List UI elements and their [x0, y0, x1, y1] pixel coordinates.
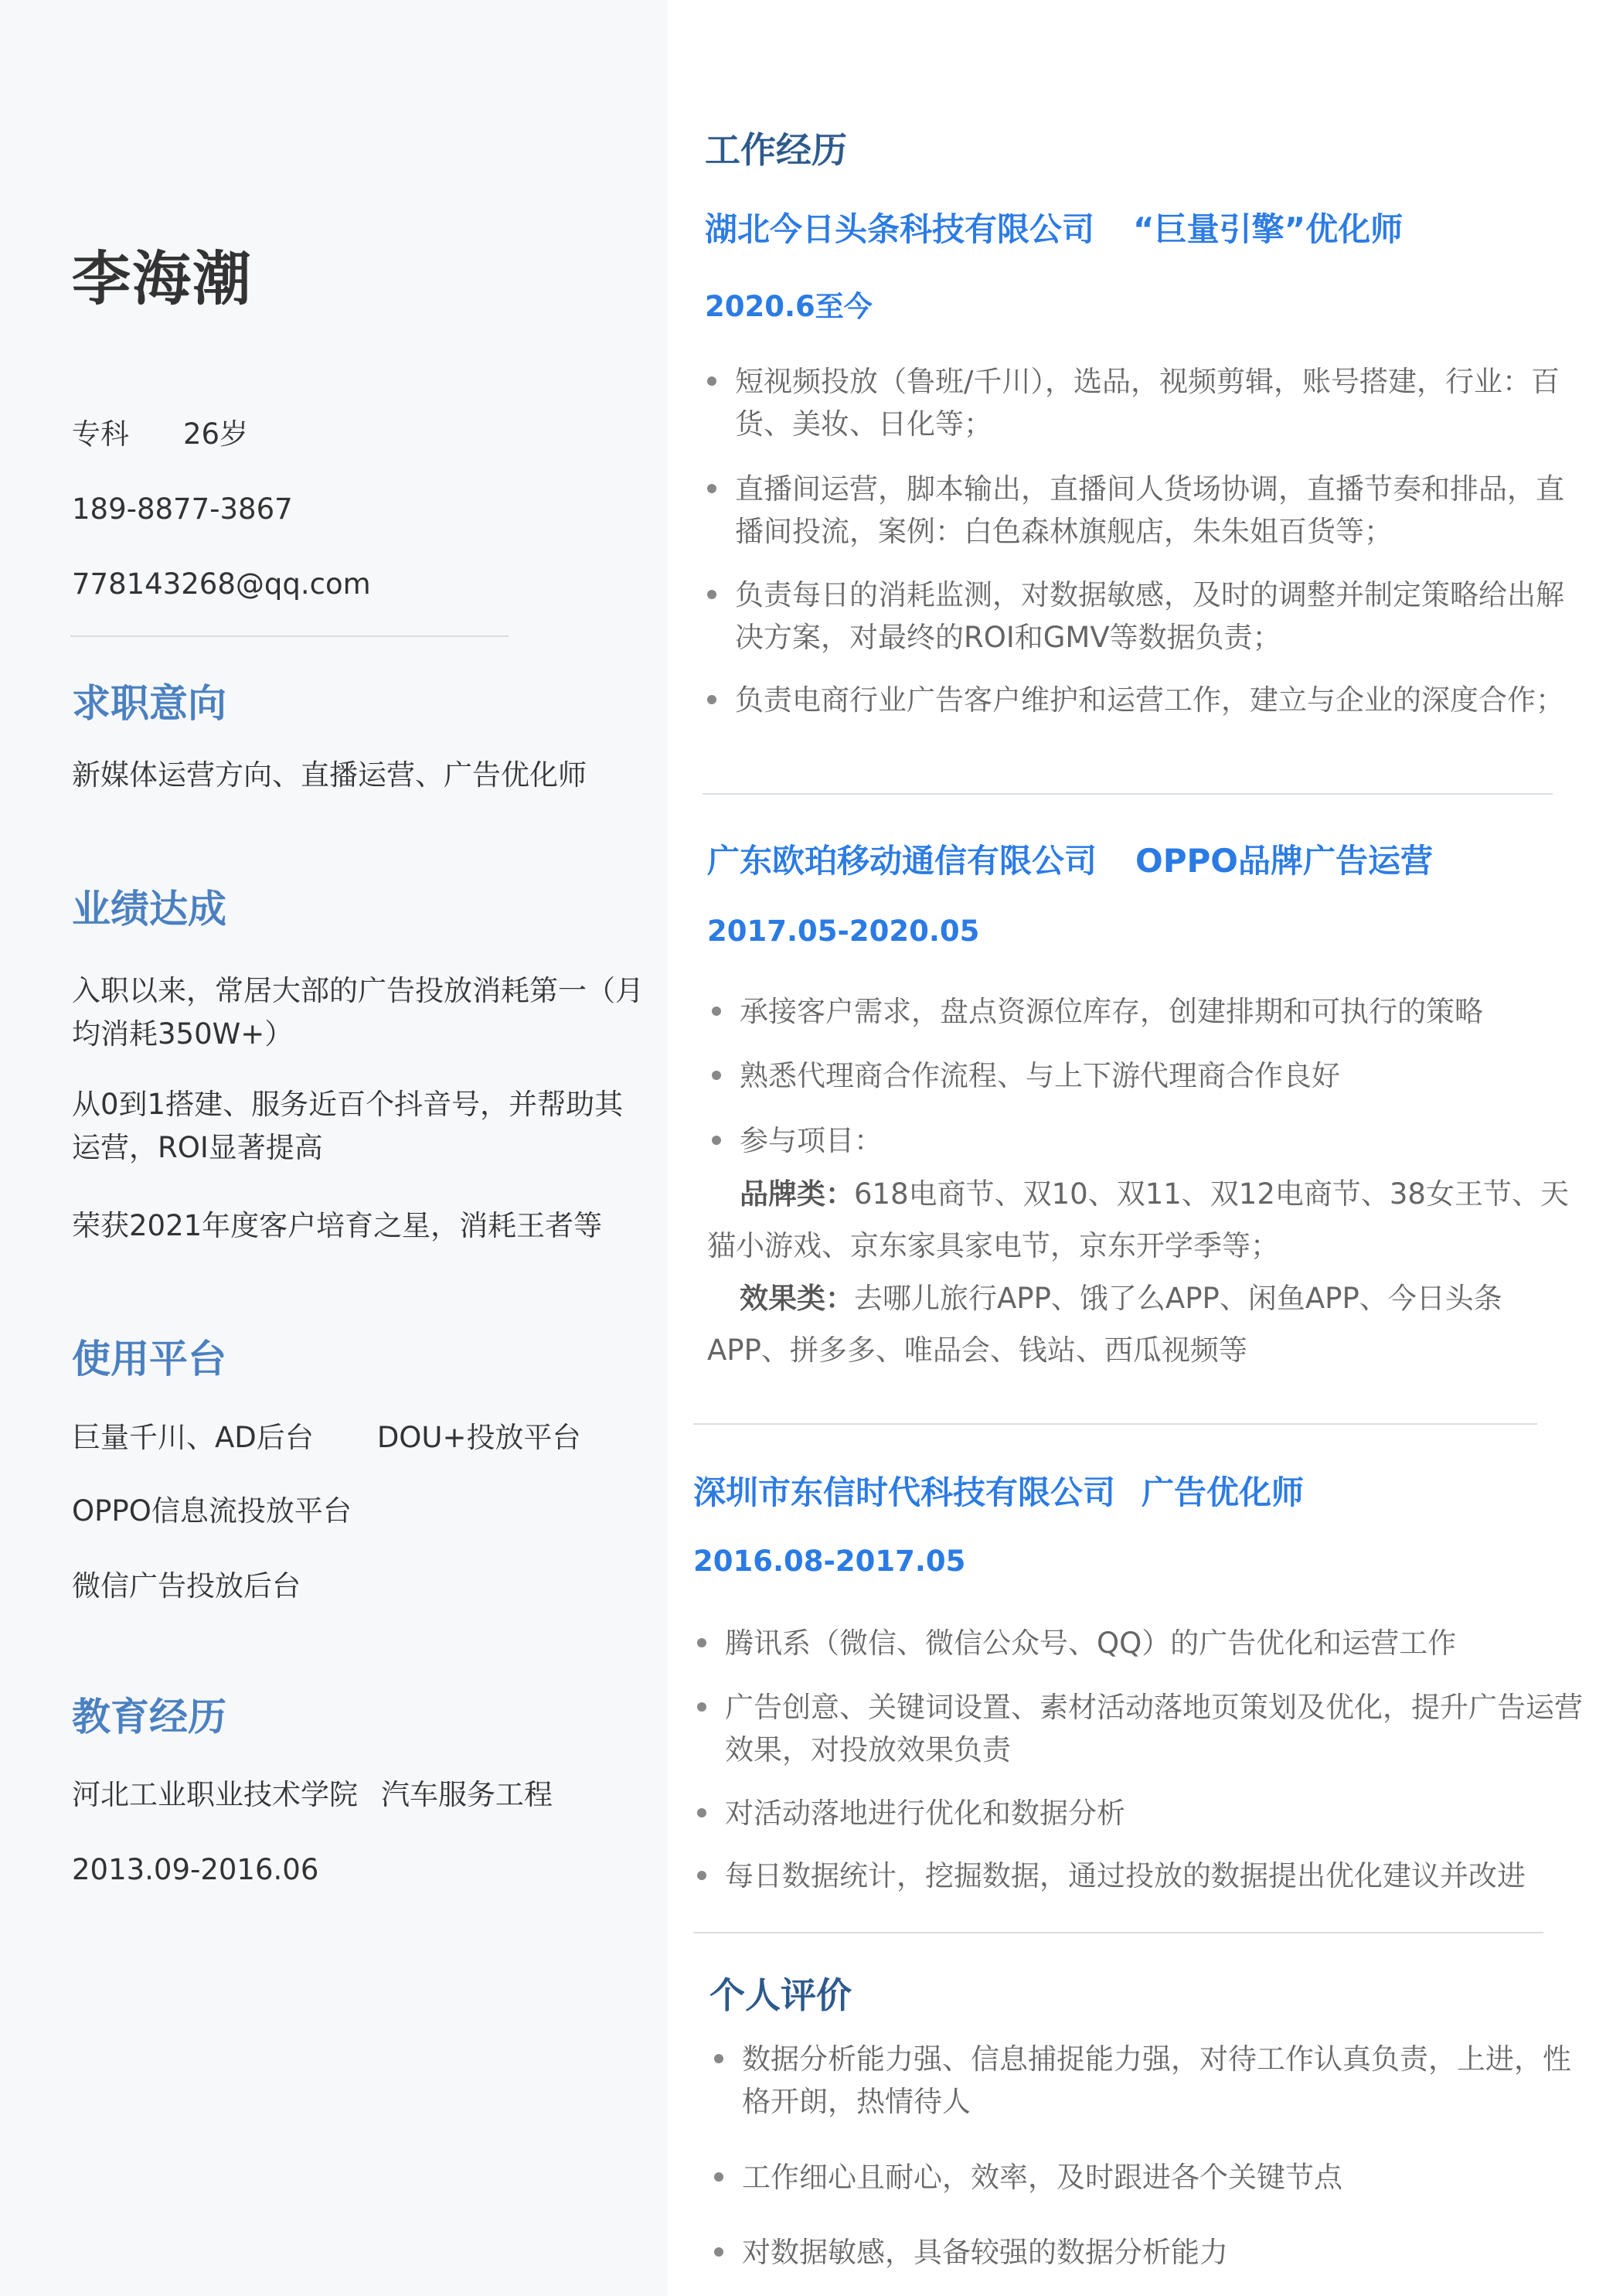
job-header: 湖北今日头条科技有限公司“巨量引擎”优化师 — [705, 204, 1403, 250]
section-title-job-intention: 求职意向 — [72, 673, 226, 728]
age: 26岁 — [183, 417, 248, 451]
section-divider — [693, 1932, 1543, 1933]
list-item: 对活动落地进行优化和数据分析 — [725, 1792, 1598, 1834]
list-item: 熟悉代理商合作流程、与上下游代理商合作良好 — [740, 1054, 1582, 1097]
project-brand-label: 品牌类： — [740, 1177, 854, 1211]
bullet-icon — [714, 2172, 723, 2182]
section-title-achievements: 业绩达成 — [72, 878, 226, 934]
job-role: 广告优化师 — [1142, 1473, 1304, 1511]
company-name: 湖北今日头条科技有限公司 — [705, 210, 1094, 248]
platform-item: OPPO信息流投放平台 — [72, 1490, 352, 1533]
section-title-self-evaluation: 个人评价 — [709, 1967, 852, 2018]
bullet-icon — [712, 1071, 721, 1080]
bullet-icon — [714, 2247, 723, 2257]
left-sidebar: 李海潮 专科26岁 189-8877-3867 778143268@qq.com… — [0, 0, 668, 2296]
company-name: 广东欧珀移动通信有限公司 — [707, 842, 1097, 880]
project-brand: 品牌类：618电商节、双10、双11、双12电商节、38女王节、天猫小游戏、京东… — [707, 1168, 1580, 1272]
job-divider — [693, 1423, 1537, 1425]
list-item: 负责电商行业广告客户维护和运营工作，建立与企业的深度合作； — [735, 679, 1577, 721]
list-item: 参与项目： — [740, 1119, 1582, 1162]
achievement-item: 入职以来，常居大部的广告投放消耗第一（月均消耗350W+） — [72, 969, 644, 1056]
job-header: 深圳市东信时代科技有限公司广告优化师 — [693, 1467, 1304, 1514]
email: 778143268@qq.com — [72, 563, 371, 606]
major: 汽车服务工程 — [381, 1778, 553, 1811]
bullet-icon — [697, 1808, 706, 1817]
bullet-icon — [707, 376, 716, 386]
bullet-icon — [712, 1136, 721, 1145]
bullet-icon — [712, 1007, 721, 1016]
list-item: 短视频投放（鲁班/千川），选品，视频剪辑，账号搭建，行业：百货、美妆、日化等； — [735, 360, 1577, 445]
list-item: 腾讯系（微信、微信公众号、QQ）的广告优化和运营工作 — [725, 1622, 1598, 1664]
section-title-education: 教育经历 — [72, 1686, 226, 1742]
job-role: OPPO品牌广告运营 — [1135, 842, 1433, 880]
list-item: 每日数据统计，挖掘数据，通过投放的数据提出优化建议并改进 — [725, 1855, 1621, 1897]
section-title-platforms: 使用平台 — [72, 1328, 226, 1384]
job-role: “巨量引擎”优化师 — [1133, 210, 1403, 248]
education-level: 专科 — [72, 417, 129, 451]
school: 河北工业职业技术学院 — [72, 1778, 358, 1811]
bullet-icon — [707, 590, 716, 599]
bullet-icon — [697, 1702, 706, 1712]
bullet-icon — [707, 695, 716, 704]
bullet-icon — [707, 484, 716, 493]
achievement-item: 荣获2021年度客户培育之星，消耗王者等 — [72, 1204, 602, 1248]
main-content: 工作经历 湖北今日头条科技有限公司“巨量引擎”优化师 2020.6至今 短视频投… — [668, 0, 1623, 2296]
job-header: 广东欧珀移动通信有限公司OPPO品牌广告运营 — [707, 836, 1433, 882]
project-performance: 效果类：去哪儿旅行APP、饿了么APP、闲鱼APP、今日头条APP、拼多多、唯品… — [707, 1272, 1580, 1376]
project-perf-label: 效果类： — [740, 1282, 854, 1315]
achievement-item: 从0到1搭建、服务近百个抖音号，并帮助其运营，ROI显著提高 — [72, 1083, 644, 1170]
list-item: 承接客户需求，盘点资源位库存，创建排期和可执行的策略 — [740, 990, 1582, 1033]
candidate-name: 李海潮 — [72, 232, 253, 316]
bullet-icon — [714, 2054, 723, 2063]
profile-divider — [70, 635, 509, 637]
job-period: 2017.05-2020.05 — [707, 915, 979, 948]
company-name: 深圳市东信时代科技有限公司 — [693, 1473, 1115, 1511]
platform-row: 巨量千川、AD后台DOU+投放平台 — [72, 1416, 581, 1460]
phone: 189-8877-3867 — [72, 488, 293, 531]
education-row: 河北工业职业技术学院汽车服务工程 — [72, 1773, 553, 1817]
job-divider — [703, 793, 1553, 795]
bullet-icon — [697, 1871, 706, 1880]
job-period: 2020.6至今 — [705, 283, 873, 325]
bullet-icon — [697, 1638, 706, 1647]
platform-item: 微信广告投放后台 — [72, 1565, 301, 1608]
job-intention-text: 新媒体运营方向、直播运营、广告优化师 — [72, 754, 587, 797]
list-item: 广告创意、关键词设置、素材活动落地页策划及优化，提升广告运营效果，对投放效果负责 — [725, 1686, 1598, 1771]
basic-info-row: 专科26岁 — [72, 413, 248, 456]
list-item: 直播间运营，脚本输出，直播间人货场协调，直播节奏和排品，直播间投流，案例：白色森… — [735, 468, 1577, 553]
job-period: 2016.08-2017.05 — [693, 1545, 965, 1578]
section-title-work: 工作经历 — [705, 122, 847, 173]
list-item: 负责每日的消耗监测，对数据敏感，及时的调整并制定策略给出解决方案，对最终的ROI… — [735, 574, 1577, 659]
list-item: 工作细心且耐心，效率，及时跟进各个关键节点 — [742, 2156, 1592, 2199]
platform-item: 巨量千川、AD后台 — [72, 1421, 314, 1454]
list-item: 对数据敏感，具备较强的数据分析能力 — [742, 2231, 1592, 2274]
education-period: 2013.09-2016.06 — [72, 1848, 318, 1892]
platform-item: DOU+投放平台 — [377, 1421, 581, 1454]
list-item: 数据分析能力强、信息捕捉能力强，对待工作认真负责，上进，性格开朗，热情待人 — [742, 2038, 1592, 2123]
